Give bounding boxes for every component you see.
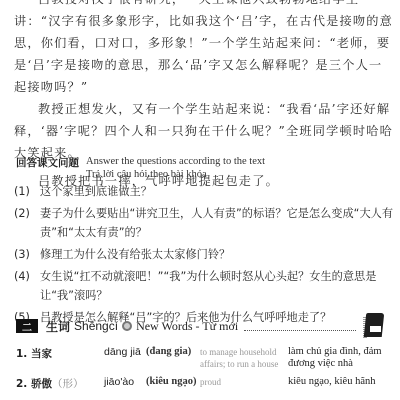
question-text: 修理工为什么没有给张太太家修门铃？ <box>40 245 394 264</box>
vocab-word: 骄傲 <box>31 378 52 390</box>
question-number: (3) <box>14 245 40 264</box>
questions-title-zh: 回答课文问题 <box>16 155 86 181</box>
question-number: (1) <box>14 182 40 201</box>
question-item: (2)妻子为什么要贴出“讲究卫生，人人有责”的标语？它是怎么变成“大人有责”和“… <box>14 204 394 242</box>
vocab-english: proud <box>200 376 288 391</box>
vocab-title-en: New Words - Từ mới <box>136 319 238 334</box>
question-number: (2) <box>14 204 40 242</box>
vocab-vietnamese: làm chủ gia đình, đảm đương việc nhà <box>288 346 400 370</box>
question-text: 女生说“扛不动就滚吧！”“我”为什么顿时怒从心头起？女生的意思是让“我”滚吗？ <box>40 267 394 305</box>
story-paragraph: 吕教授对汉字很有研究，一天上课他兴致勃勃地给学生讲：“汉字有很多象形字，比如我这… <box>14 0 394 98</box>
vocab-pinyin: dāng jiā <box>104 346 146 370</box>
dotted-leader <box>244 322 356 331</box>
vocab-index: 1. <box>16 348 27 360</box>
vocab-pinyin: jiāo'ào <box>104 376 146 391</box>
questions-heading: 回答课文问题 Answer the questions according to… <box>16 155 265 181</box>
vocab-pos: （形） <box>52 378 84 390</box>
vocab-heading: 二 生词 Shēngcí New Words - Từ mới <box>16 314 384 338</box>
questions-list: (1)这个家里到底谁做主？ (2)妻子为什么要贴出“讲究卫生，人人有责”的标语？… <box>14 182 394 330</box>
section-number-badge: 二 <box>16 319 38 333</box>
vocab-index: 2. <box>16 378 27 390</box>
vocab-word: 当家 <box>31 348 52 360</box>
vocab-row: 2. 骄傲（形） jiāo'ào (kiêu ngạo) proud kiêu … <box>16 376 400 391</box>
question-text: 妻子为什么要贴出“讲究卫生，人人有责”的标语？它是怎么变成“大人有责”和“太太有… <box>40 204 394 242</box>
question-number: (4) <box>14 267 40 305</box>
vocab-vietnamese: kiêu ngạo, kiêu hãnh <box>288 376 400 391</box>
question-item: (1)这个家里到底谁做主？ <box>14 182 394 201</box>
vocab-list: 1. 当家 dāng jiā (đang gia) to manage hous… <box>16 346 400 397</box>
vocab-english: to manage household affairs; to run a ho… <box>200 346 288 370</box>
bullet-circle-icon <box>122 321 132 331</box>
vocab-hanviet: (đang gia) <box>146 346 200 370</box>
questions-title-en: Answer the questions according to the te… <box>86 155 265 168</box>
book-icon <box>362 313 384 339</box>
questions-title-vi: Trả lời câu hỏi theo bài khóa <box>86 168 265 181</box>
question-text: 这个家里到底谁做主？ <box>40 182 394 201</box>
vocab-title-zh: 生词 <box>46 318 70 335</box>
question-item: (3)修理工为什么没有给张太太家修门铃？ <box>14 245 394 264</box>
vocab-title-pinyin: Shēngcí <box>74 319 118 333</box>
question-item: (4)女生说“扛不动就滚吧！”“我”为什么顿时怒从心头起？女生的意思是让“我”滚… <box>14 267 394 305</box>
vocab-row: 1. 当家 dāng jiā (đang gia) to manage hous… <box>16 346 400 370</box>
vocab-hanviet: (kiêu ngạo) <box>146 376 200 391</box>
